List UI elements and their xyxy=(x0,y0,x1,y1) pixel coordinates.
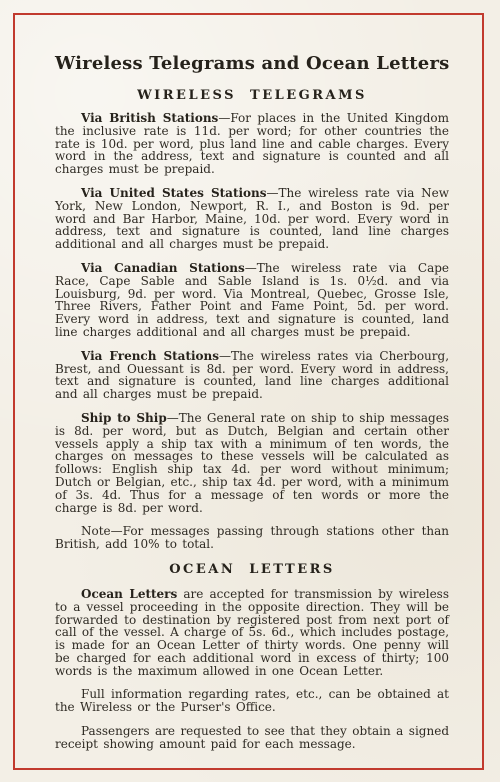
section-heading-wireless-telegrams: WIRELESS TELEGRAMS xyxy=(55,88,449,103)
paragraph-text-ship-to-ship: —The General rate on ship to ship messag… xyxy=(55,411,449,515)
scanned-document-page: { "page": { "title": "Wireless Telegrams… xyxy=(0,0,500,782)
paragraph-full-information: Full information regarding rates, etc., … xyxy=(55,688,449,714)
paragraph-via-british-stations: Via British Stations—For places in the U… xyxy=(55,112,449,176)
paragraph-text-note: Note—For messages passing through statio… xyxy=(55,524,449,551)
paragraph-passengers-receipt: Passengers are requested to see that the… xyxy=(55,725,449,751)
paragraph-text-passengers-receipt: Passengers are requested to see that the… xyxy=(55,724,449,751)
paragraph-via-united-states-stations: Via United States Stations—The wireless … xyxy=(55,187,449,251)
red-border-frame: Wireless Telegrams and Ocean Letters WIR… xyxy=(13,13,484,770)
paragraph-ship-to-ship: Ship to Ship—The General rate on ship to… xyxy=(55,412,449,514)
paragraph-note: Note—For messages passing through statio… xyxy=(55,525,449,551)
paragraph-text-ocean-letters: are accepted for transmission by wireles… xyxy=(55,587,449,678)
paragraph-via-french-stations: Via French Stations—The wireless rates v… xyxy=(55,350,449,401)
paragraph-ocean-letters: Ocean Letters are accepted for transmiss… xyxy=(55,588,449,678)
paragraph-via-canadian-stations: Via Canadian Stations—The wireless rate … xyxy=(55,262,449,339)
paragraph-text-full-information: Full information regarding rates, etc., … xyxy=(55,687,449,714)
section-heading-ocean-letters: OCEAN LETTERS xyxy=(55,562,449,577)
page-title: Wireless Telegrams and Ocean Letters xyxy=(55,53,449,74)
